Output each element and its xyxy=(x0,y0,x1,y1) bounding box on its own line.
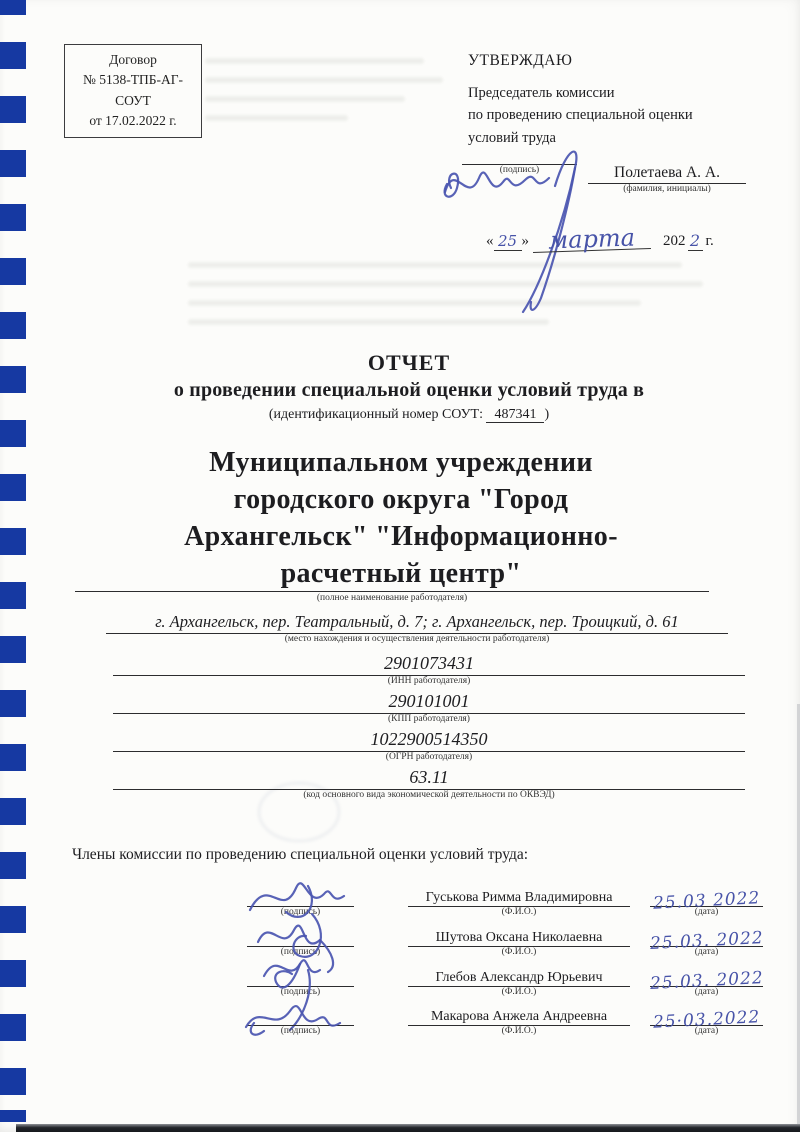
scanned-report-page: Договор № 5138-ТПБ-АГ- СОУТ от 17.02.202… xyxy=(0,0,800,1132)
contract-stamp: Договор № 5138-ТПБ-АГ- СОУТ от 17.02.202… xyxy=(64,44,202,138)
okved-field: 63.11 (код основного вида экономической … xyxy=(113,767,745,790)
bleed-through-artifact xyxy=(205,58,443,134)
scan-edge-bottom xyxy=(16,1124,800,1132)
commission-heading: Члены комиссии по проведению специальной… xyxy=(72,846,528,864)
sout-id-close: ) xyxy=(544,407,549,422)
signature-caption: (подпись) xyxy=(456,165,583,175)
member-name-line: Глебов Александр Юрьевич (Ф.И.О.) xyxy=(408,964,630,987)
report-title-block: ОТЧЕТ о проведении специальной оценки ус… xyxy=(30,350,788,423)
approval-block: УТВЕРЖДАЮ Председатель комиссии по прове… xyxy=(468,52,773,149)
sout-id-label: (идентификационный номер СОУТ: xyxy=(269,407,483,422)
date-era: г. xyxy=(706,233,714,252)
report-subtitle: о проведении специальной оценки условий … xyxy=(30,379,788,402)
member-signature-line: (подпись) xyxy=(247,924,354,947)
member-name: Шутова Оксана Николаевна xyxy=(436,930,603,946)
date-month-handwritten: марта xyxy=(532,226,651,253)
bleed-through-artifact xyxy=(188,262,703,338)
report-title: ОТЧЕТ xyxy=(30,350,788,376)
quote-open: « xyxy=(486,233,494,252)
employer-name: Муниципальном учреждении городского окру… xyxy=(85,444,717,592)
employer-name-caption: (полное наименование работодателя) xyxy=(75,593,709,603)
member-date-line: 25.03 2022 (дата) xyxy=(650,884,763,907)
name-caption: (фамилия, инициалы) xyxy=(582,184,752,194)
inn-value: 2901073431 xyxy=(384,653,474,675)
approval-signature-line: (подпись) xyxy=(462,164,577,165)
sout-id-line: (идентификационный номер СОУТ: 487341) xyxy=(30,407,788,423)
member-date-line: 25·03.2022 (дата) xyxy=(650,1003,763,1026)
member-signature-line: (подпись) xyxy=(247,964,354,987)
member-name-line: Шутова Оксана Николаевна (Ф.И.О.) xyxy=(408,924,630,947)
employer-address: г. Архангельск, пер. Театральный, д. 7; … xyxy=(155,612,679,633)
employer-address-field: г. Архангельск, пер. Театральный, д. 7; … xyxy=(106,611,728,634)
member-signature-line: (подпись) xyxy=(247,884,354,907)
date-day-handwritten: 25 xyxy=(494,232,522,251)
contract-line: СОУТ xyxy=(67,91,199,111)
member-name-line: Макарова Анжела Андреевна (Ф.И.О.) xyxy=(408,1003,630,1026)
ogrn-field: 1022900514350 (ОГРН работодателя) xyxy=(113,729,745,752)
approval-title: УТВЕРЖДАЮ xyxy=(468,52,773,70)
contract-line: от 17.02.2022 г. xyxy=(67,111,199,131)
approval-role: Председатель комиссии по проведению спец… xyxy=(468,82,773,149)
commission-member-row: (подпись) Макарова Анжела Андреевна (Ф.И… xyxy=(0,1003,800,1049)
member-name: Макарова Анжела Андреевна xyxy=(431,1009,607,1025)
sout-id-value: 487341 xyxy=(486,407,544,423)
okved-value: 63.11 xyxy=(409,767,448,789)
kpp-field: 290101001 (КПП работодателя) xyxy=(113,691,745,714)
member-signature-line: (подпись) xyxy=(247,1003,354,1026)
member-date-line: 25.03. 2022 (дата) xyxy=(650,924,763,947)
quote-close: » xyxy=(522,233,530,252)
signer-name: Полетаева А. А. xyxy=(614,164,720,183)
inn-field: 2901073431 (ИНН работодателя) xyxy=(113,653,745,676)
contract-line: Договор xyxy=(67,50,199,70)
approval-name-line: Полетаева А. А. (фамилия, инициалы) xyxy=(588,164,746,184)
date-year-digit-handwritten: 2 xyxy=(688,231,703,251)
contract-line: № 5138-ТПБ-АГ- xyxy=(67,70,199,90)
employer-name-rule xyxy=(75,591,709,592)
member-name-line: Гуськова Римма Владимировна (Ф.И.О.) xyxy=(408,884,630,907)
ogrn-value: 1022900514350 xyxy=(371,729,488,751)
member-name: Глебов Александр Юрьевич xyxy=(435,970,602,986)
member-date-line: 25.03. 2022 (дата) xyxy=(650,964,763,987)
date-year-printed: 202 xyxy=(663,233,686,252)
member-name: Гуськова Римма Владимировна xyxy=(426,890,613,906)
approval-date: « 25 » марта 202 2 г. xyxy=(486,220,714,252)
kpp-value: 290101001 xyxy=(389,691,470,713)
